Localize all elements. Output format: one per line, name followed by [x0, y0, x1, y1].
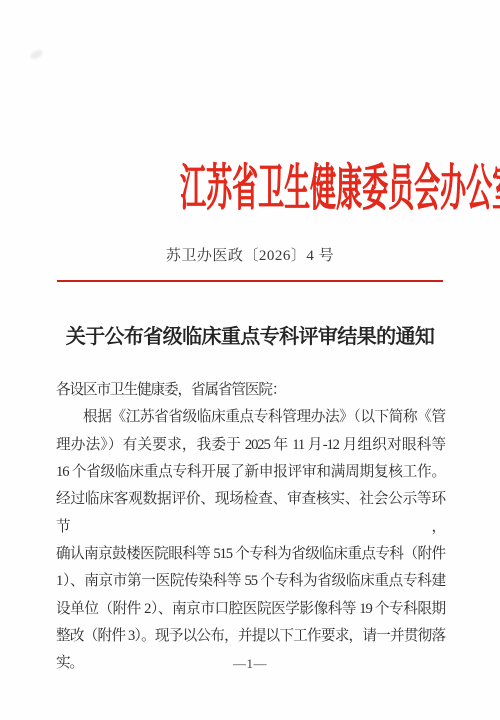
- body-line: 1）、南京市第一医院传染科等 55 个专科为省级临床重点专科建: [56, 568, 445, 595]
- scan-smudge-artifact: [29, 48, 44, 60]
- body-line: 16 个省级临床重点专科开展了新申报评审和满周期复核工作。: [56, 459, 445, 486]
- body-line: 确认南京鼓楼医院眼科等 515 个专科为省级临床重点专科（附件: [56, 541, 445, 568]
- body-line: 理办法》）有关要求，我委于 2025 年 11 月-12 月组织对眼科等: [56, 432, 445, 459]
- red-header-banner: 江苏省卫生健康委员会办公室文件: [0, 157, 500, 219]
- document-page: 江苏省卫生健康委员会办公室文件 苏卫办医政〔2026〕4 号 关于公布省级临床重…: [0, 0, 500, 720]
- salutation-line: 各设区市卫生健康委，省属省管医院：: [56, 377, 445, 404]
- document-body: 各设区市卫生健康委，省属省管医院： 根据《江苏省省级临床重点专科管理办法》（以下…: [56, 377, 445, 678]
- body-line: 根据《江苏省省级临床重点专科管理办法》（以下简称《管: [56, 404, 445, 431]
- body-line: 经过临床客观数据评价、现场检查、审查核实、社会公示等环节，: [56, 486, 445, 541]
- page-number: —1—: [0, 656, 500, 672]
- document-reference-number: 苏卫办医政〔2026〕4 号: [0, 246, 500, 266]
- document-title: 关于公布省级临床重点专科评审结果的通知: [0, 323, 500, 351]
- body-line: 整改（附件 3）。现予以公布，并提以下工作要求，请一并贯彻落: [56, 623, 445, 650]
- body-line: 设单位（附件 2）、南京市口腔医院医学影像科等 19 个专科限期: [56, 596, 445, 623]
- issuing-agency-title: 江苏省卫生健康委员会办公室文件: [180, 157, 500, 219]
- red-separator-line: [57, 280, 443, 282]
